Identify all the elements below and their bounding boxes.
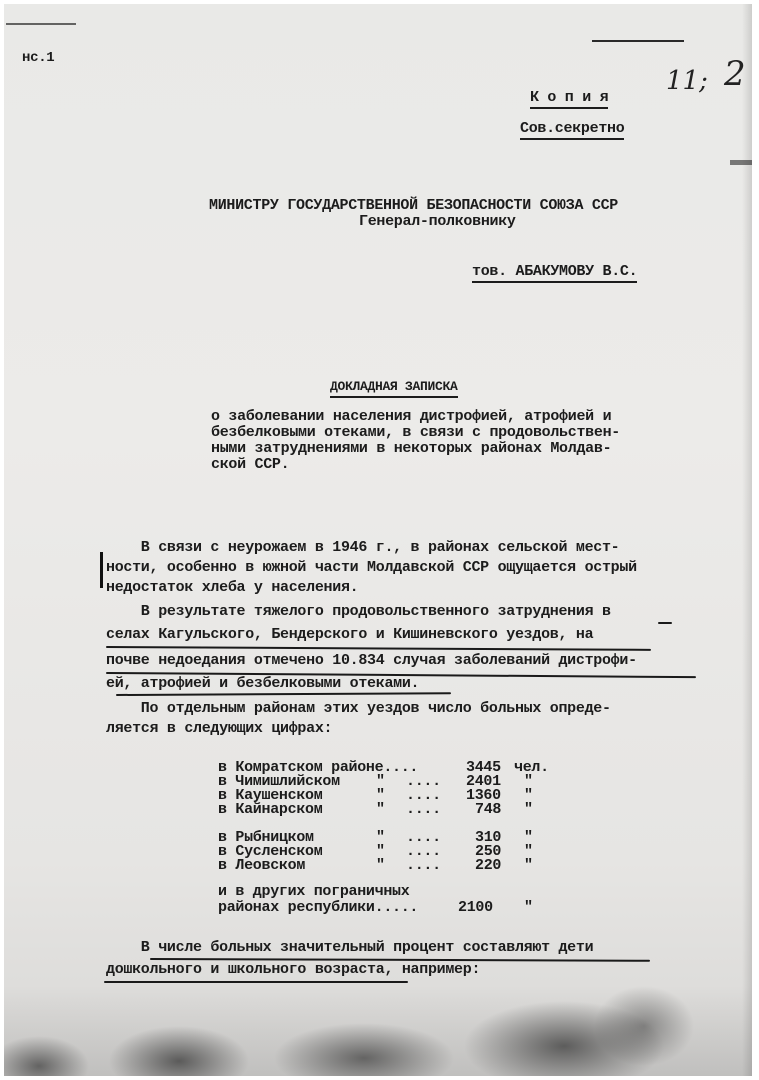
table-row: в Кайнарском " .... 748 " xyxy=(218,802,558,818)
subject-line: ными затруднениями в некоторых районах М… xyxy=(211,441,611,457)
leader-dots: .... xyxy=(406,858,441,874)
top-left-rule xyxy=(6,23,76,25)
table-row: в Леовском " .... 220 " xyxy=(218,858,558,874)
copy-label: К о п и я xyxy=(530,90,608,109)
unit: " xyxy=(524,900,533,916)
subject-line: о заболевании населения дистрофией, атро… xyxy=(211,409,611,425)
body-line: недостаток хлеба у населения. xyxy=(106,580,358,596)
classification-label: Сов.секретно xyxy=(520,121,624,140)
document-page: нс.1 К о п и я Сов.секретно 11; 2 МИНИСТ… xyxy=(4,4,752,1076)
sheet-mark: нс.1 xyxy=(22,50,54,66)
addressee-line2: Генерал-полковнику xyxy=(359,214,516,230)
case-count: 2100 xyxy=(458,900,493,916)
body-line: В результате тяжелого продовольственного… xyxy=(106,604,611,620)
subject-line: ской ССР. xyxy=(211,457,289,473)
body-line: дошкольного и школьного возраста, наприм… xyxy=(106,962,480,978)
top-right-rule xyxy=(592,40,684,42)
table-row: районах республики..... 2100 " xyxy=(218,900,558,916)
body-line: селах Кагульского, Бендерского и Кишинев… xyxy=(106,627,593,643)
body-line: ляется в следующих цифрах: xyxy=(106,721,332,737)
margin-mark xyxy=(100,552,103,588)
body-line: ности, особенно в южной части Молдавской… xyxy=(106,560,637,576)
body-line: почве недоедания отмечено 10.834 случая … xyxy=(106,653,637,669)
ink-bleed-smudge xyxy=(4,986,752,1076)
leader-dots: .... xyxy=(406,802,441,818)
district-table: в Комратском районе.... 3445 чел. в Чими… xyxy=(218,760,558,920)
district-name: районах республики..... xyxy=(218,900,418,916)
table-row: и в других пограничных xyxy=(218,884,558,900)
handwritten-folio-number: 2 xyxy=(724,54,746,94)
edge-mark xyxy=(730,160,752,165)
pen-underline xyxy=(658,622,672,624)
ditto-mark: " xyxy=(376,802,385,818)
district-name: в Леовском xyxy=(218,858,305,874)
pen-underline xyxy=(106,646,651,651)
addressee-name: тов. АБАКУМОВУ В.С. xyxy=(472,264,637,283)
pen-underline xyxy=(116,692,451,696)
body-line: В связи с неурожаем в 1946 г., в районах… xyxy=(106,540,619,556)
ditto-mark: " xyxy=(376,858,385,874)
addressee-line1: МИНИСТРУ ГОСУДАРСТВЕННОЙ БЕЗОПАСНОСТИ СО… xyxy=(209,198,618,214)
district-name: в Кайнарском xyxy=(218,802,322,818)
body-line: В числе больных значительный процент сос… xyxy=(106,940,593,956)
handwritten-mark: 11; xyxy=(666,66,708,96)
unit: " xyxy=(524,802,533,818)
body-line: ей, атрофией и безбелковыми отеками. xyxy=(106,676,419,692)
document-title: ДОКЛАДНАЯ ЗАПИСКА xyxy=(330,379,458,398)
pen-underline xyxy=(104,981,408,983)
case-count: 220 xyxy=(475,858,501,874)
body-line: По отдельным районам этих уездов число б… xyxy=(106,701,611,717)
case-count: 748 xyxy=(475,802,501,818)
unit: " xyxy=(524,858,533,874)
subject-line: безбелковыми отеками, в связи с продовол… xyxy=(211,425,620,441)
district-name: и в других пограничных xyxy=(218,884,409,900)
